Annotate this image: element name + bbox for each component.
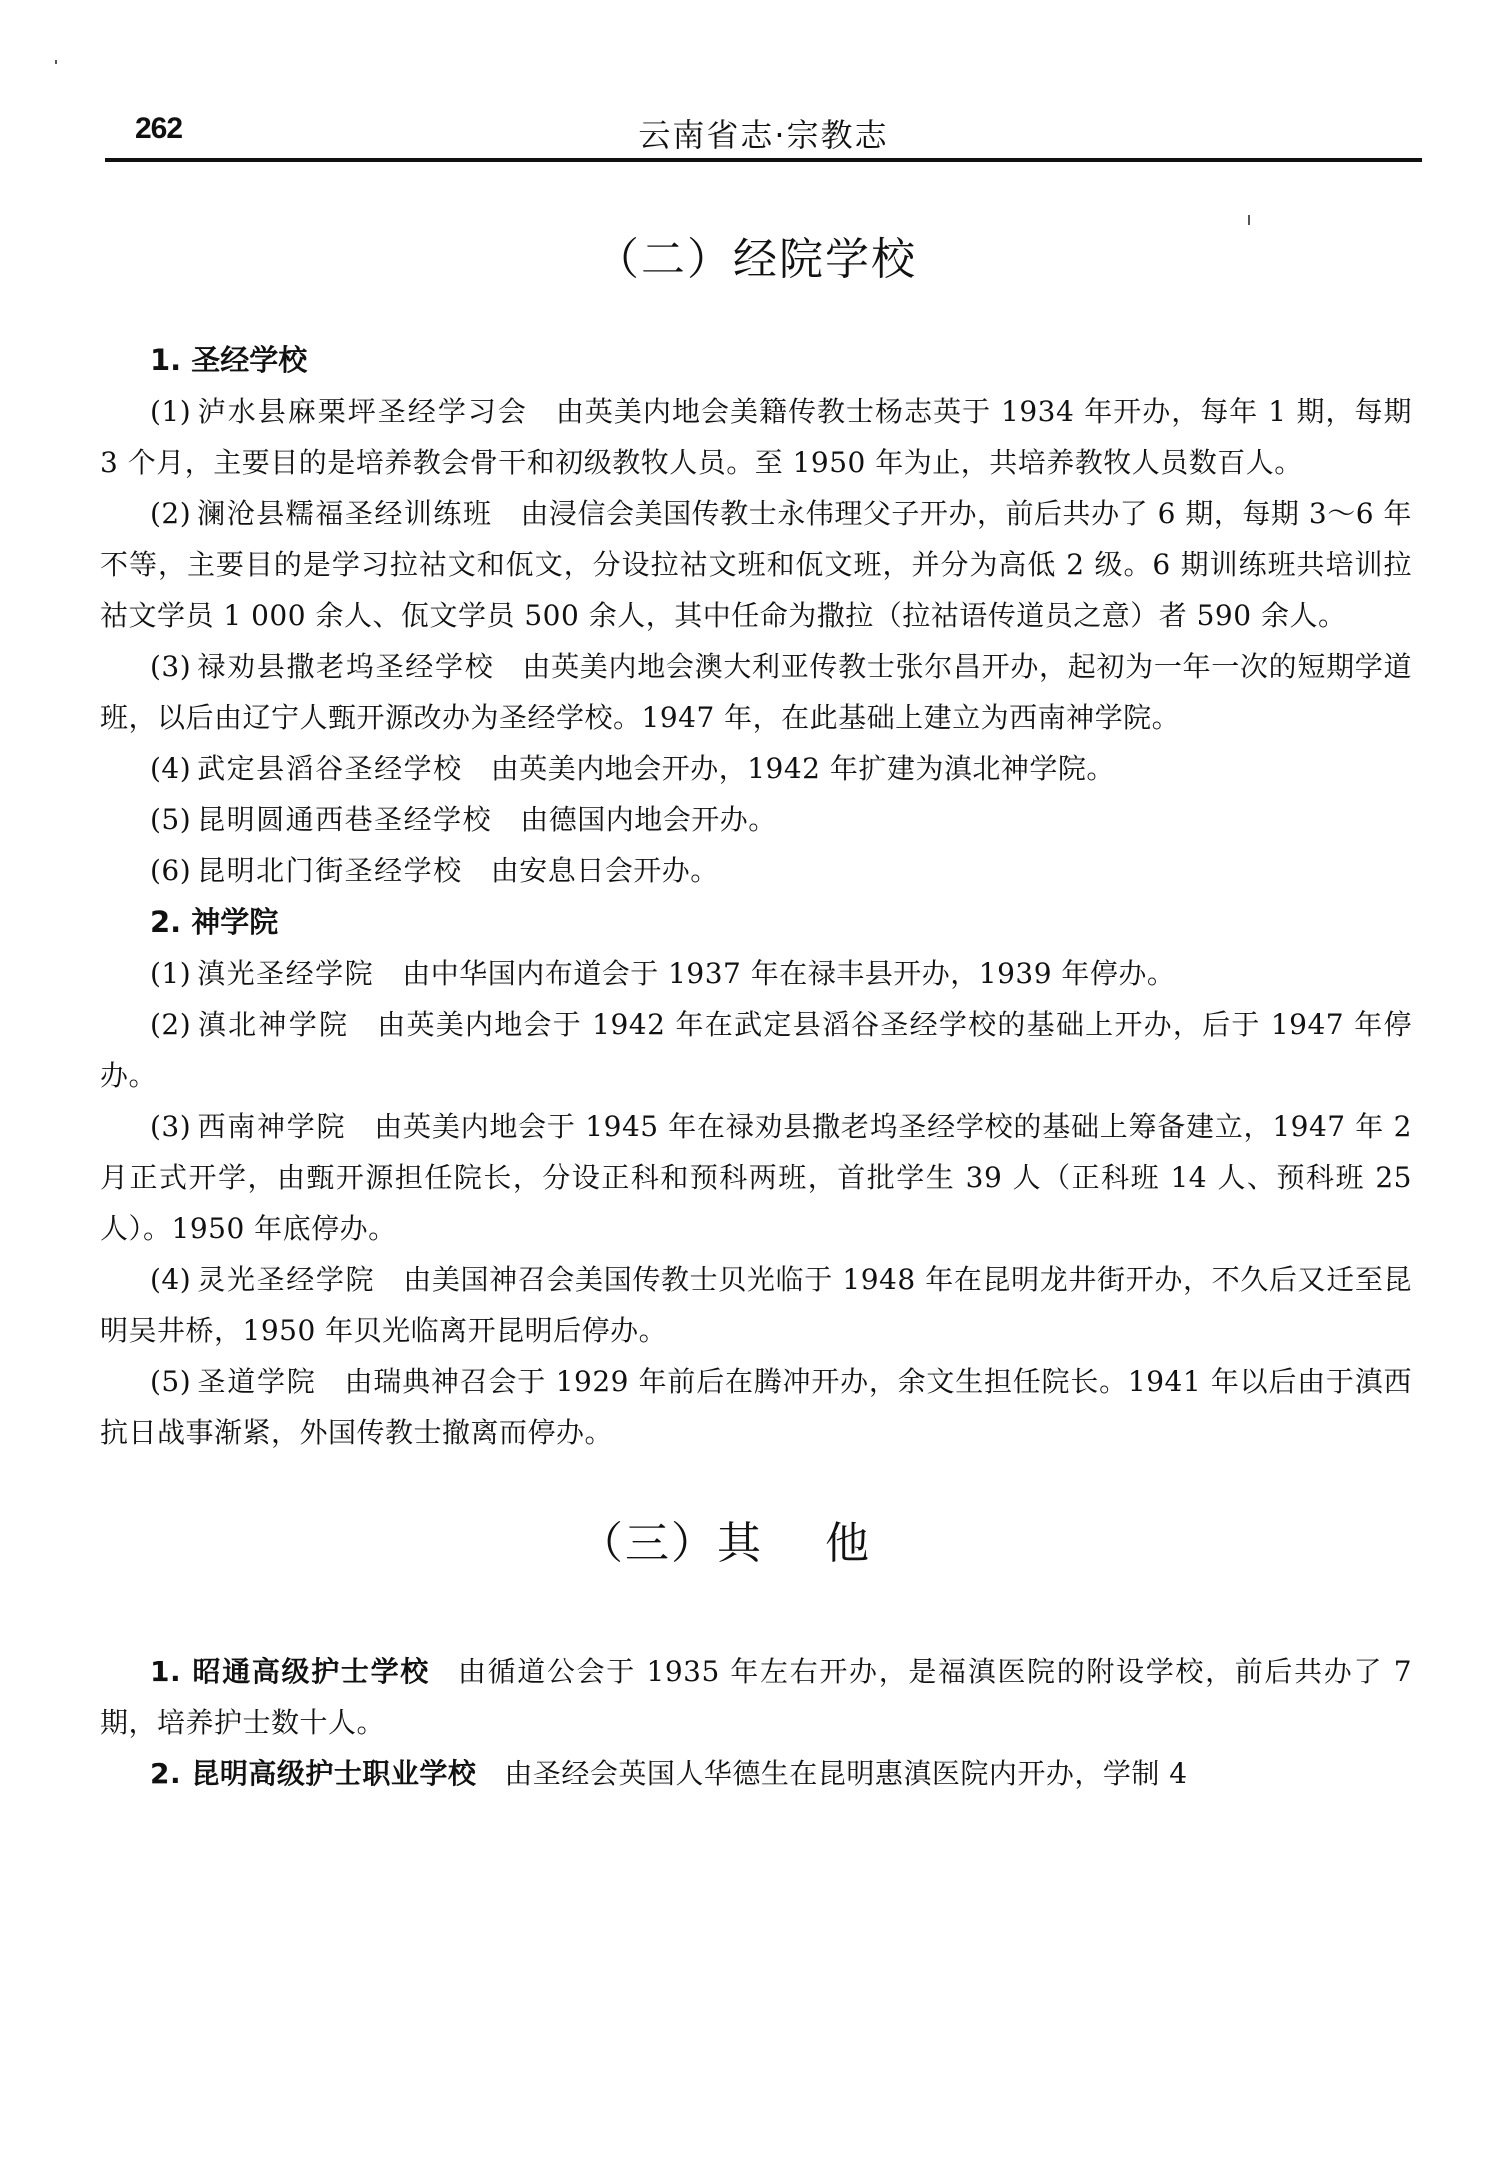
entry-name: 1. 昭通高级护士学校 [150,1655,430,1688]
entry-number: (2) [150,1008,191,1041]
entry-paragraph: (4)武定县滔谷圣经学校由英美内地会开办，1942 年扩建为滇北神学院。 [100,743,1412,794]
entry-paragraph: (2)澜沧县糯福圣经训练班由浸信会美国传教士永伟理父子开办，前后共办了 6 期，… [100,488,1412,641]
header-rule [105,158,1422,162]
section-title-prefix: （三） [579,1518,717,1569]
entry-name: 禄劝县撒老坞圣经学校 [197,650,494,683]
entry-text: 由安息日会开办。 [491,854,719,887]
entry-number: (4) [150,1263,191,1296]
section-title-other: （三）其他 [100,1514,1412,1574]
entry-number: (6) [150,854,191,887]
scan-speck [55,60,57,64]
entry-name: 滇光圣经学院 [197,957,374,990]
entry-name: 昆明圆通西巷圣经学校 [197,803,492,836]
entry-paragraph: 1. 昭通高级护士学校由循道公会于 1935 年左右开办，是福滇医院的附设学校，… [100,1646,1412,1748]
subhead-bible-schools: 1. 圣经学校 [100,334,1412,386]
entry-name: 2. 昆明高级护士职业学校 [150,1757,476,1790]
page-header: 262 云南省志·宗教志 [105,100,1422,162]
section-title-scripture-schools: （二）经院学校 [100,230,1412,290]
entry-name: 武定县滔谷圣经学校 [197,752,463,785]
entry-name: 圣道学院 [197,1365,316,1398]
subhead-seminaries: 2. 神学院 [100,896,1412,948]
entry-number: (3) [150,650,191,683]
entry-number: (5) [150,803,191,836]
scan-speck [1248,215,1250,225]
entry-number: (4) [150,752,191,785]
entry-paragraph: (3)禄劝县撒老坞圣经学校由英美内地会澳大利亚传教士张尔昌开办，起初为一年一次的… [100,641,1412,743]
entry-name: 昆明北门街圣经学校 [197,854,463,887]
entry-paragraph: (6)昆明北门街圣经学校由安息日会开办。 [100,845,1412,896]
entry-paragraph: (5)昆明圆通西巷圣经学校由德国内地会开办。 [100,794,1412,845]
entry-name: 西南神学院 [197,1110,346,1143]
entry-paragraph: 2. 昆明高级护士职业学校由圣经会英国人华德生在昆明惠滇医院内开办，学制 4 [100,1748,1412,1799]
section-title-word: 其他 [717,1518,933,1569]
entry-number: (1) [150,957,191,990]
entry-name: 澜沧县糯福圣经训练班 [197,497,492,530]
entry-paragraph: (4)灵光圣经学院由美国神召会美国传教士贝光临于 1948 年在昆明龙井街开办，… [100,1254,1412,1356]
entry-number: (5) [150,1365,191,1398]
entry-text: 由中华国内布道会于 1937 年在禄丰县开办，1939 年停办。 [402,957,1175,990]
entry-paragraph: (1)泸水县麻栗坪圣经学习会由英美内地会美籍传教士杨志英于 1934 年开办，每… [100,386,1412,488]
entry-paragraph: (1)滇光圣经学院由中华国内布道会于 1937 年在禄丰县开办，1939 年停办… [100,948,1412,999]
entry-text: 由英美内地会开办，1942 年扩建为滇北神学院。 [491,752,1115,785]
entry-number: (2) [150,497,191,530]
entry-paragraph: (3)西南神学院由英美内地会于 1945 年在禄劝县撒老坞圣经学校的基础上筹备建… [100,1101,1412,1254]
entry-text: 由德国内地会开办。 [520,803,777,836]
entry-paragraph: (2)滇北神学院由英美内地会于 1942 年在武定县滔谷圣经学校的基础上开办，后… [100,999,1412,1101]
running-title: 云南省志·宗教志 [105,110,1422,156]
entry-name: 泸水县麻栗坪圣经学习会 [197,395,528,428]
entry-number: (1) [150,395,191,428]
entry-paragraph: (5)圣道学院由瑞典神召会于 1929 年前后在腾冲开办，余文生担任院长。194… [100,1356,1412,1458]
page-body: （二）经院学校 1. 圣经学校 (1)泸水县麻栗坪圣经学习会由英美内地会美籍传教… [100,230,1412,1799]
entry-name: 滇北神学院 [197,1008,349,1041]
entry-number: (3) [150,1110,191,1143]
entry-name: 灵光圣经学院 [197,1263,375,1296]
entry-text: 由圣经会英国人华德生在昆明惠滇医院内开办，学制 4 [504,1757,1187,1790]
